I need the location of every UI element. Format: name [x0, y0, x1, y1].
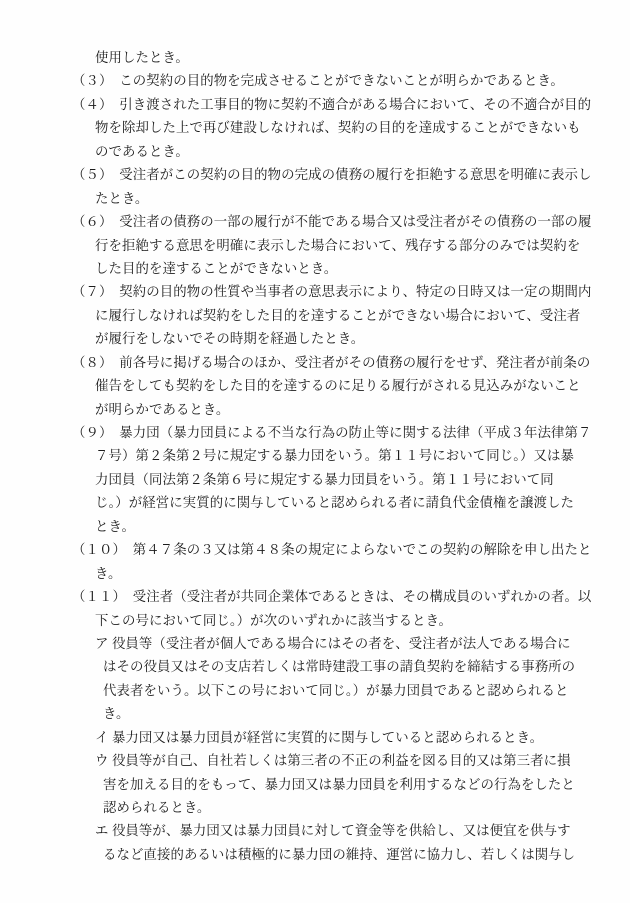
text-line: とき。 — [0, 515, 630, 538]
text-line: はその役員又はその支店若しくは常時建設工事の請負契約を締結する事務所の — [0, 655, 630, 678]
text-line: き。 — [0, 562, 630, 585]
text-line: イ 暴力団又は暴力団員が経営に実質的に関与していると認められるとき。 — [0, 726, 630, 749]
text-line: じ。）が経営に実質的に関与していると認められる者に請負代金債権を譲渡した — [0, 491, 630, 514]
text-line: した目的を達することができないとき。 — [0, 257, 630, 280]
text-line: 力団員（同法第２条第６号に規定する暴力団員をいう。第１１号において同 — [0, 468, 630, 491]
text-line: （５） 受注者がこの契約の目的物の完成の債務の履行を拒絶する意思を明確に表示し — [0, 163, 630, 186]
text-line: 代表者をいう。以下この号において同じ。）が暴力団員であると認められると — [0, 679, 630, 702]
text-line: が明らかであるとき。 — [0, 398, 630, 421]
text-line: たとき。 — [0, 187, 630, 210]
text-line: （４） 引き渡された工事目的物に契約不適合がある場合において、その不適合が目的 — [0, 93, 630, 116]
text-line: 使用したとき。 — [0, 46, 630, 69]
text-line: （１１） 受注者（受注者が共同企業体であるときは、その構成員のいずれかの者。以 — [0, 585, 630, 608]
text-line: のであるとき。 — [0, 140, 630, 163]
text-line: （６） 受注者の債務の一部の履行が不能である場合又は受注者がその債務の一部の履 — [0, 210, 630, 233]
text-line: 物を除却した上で再び建設しなければ、契約の目的を達成することができないも — [0, 116, 630, 139]
text-line: （７） 契約の目的物の性質や当事者の意思表示により、特定の日時又は一定の期間内 — [0, 280, 630, 303]
text-line: （１０） 第４７条の３又は第４８条の規定によらないでこの契約の解除を申し出たと — [0, 538, 630, 561]
text-line: に履行しなければ契約をした目的を達することができない場合において、受注者 — [0, 304, 630, 327]
text-line: き。 — [0, 702, 630, 725]
text-line: ７号）第２条第２号に規定する暴力団をいう。第１１号において同じ。）又は暴 — [0, 444, 630, 467]
text-line: るなど直接的あるいは積極的に暴力団の維持、運営に協力し、若しくは関与し — [0, 843, 630, 866]
text-line: ウ 役員等が自己、自社若しくは第三者の不正の利益を図る目的又は第三者に損 — [0, 749, 630, 772]
document-content: 使用したとき。（３） この契約の目的物を完成させることができないことが明らかであ… — [0, 46, 630, 866]
document-page: 使用したとき。（３） この契約の目的物を完成させることができないことが明らかであ… — [0, 0, 630, 903]
text-line: ア 役員等（受注者が個人である場合にはその者を、受注者が法人である場合に — [0, 632, 630, 655]
text-line: 認められるとき。 — [0, 796, 630, 819]
text-line: エ 役員等が、暴力団又は暴力団員に対して資金等を供給し、又は便宜を供与す — [0, 819, 630, 842]
text-line: が履行をしないでその時期を経過したとき。 — [0, 327, 630, 350]
text-line: 行を拒絶する意思を明確に表示した場合において、残存する部分のみでは契約を — [0, 234, 630, 257]
text-line: （８） 前各号に掲げる場合のほか、受注者がその債務の履行をせず、発注者が前条の — [0, 351, 630, 374]
text-line: （３） この契約の目的物を完成させることができないことが明らかであるとき。 — [0, 69, 630, 92]
text-line: 催告をしても契約をした目的を達するのに足りる履行がされる見込みがないこと — [0, 374, 630, 397]
text-line: 下この号において同じ。）が次のいずれかに該当するとき。 — [0, 609, 630, 632]
text-line: （９） 暴力団（暴力団員による不当な行為の防止等に関する法律（平成３年法律第７ — [0, 421, 630, 444]
text-line: 害を加える目的をもって、暴力団又は暴力団員を利用するなどの行為をしたと — [0, 773, 630, 796]
